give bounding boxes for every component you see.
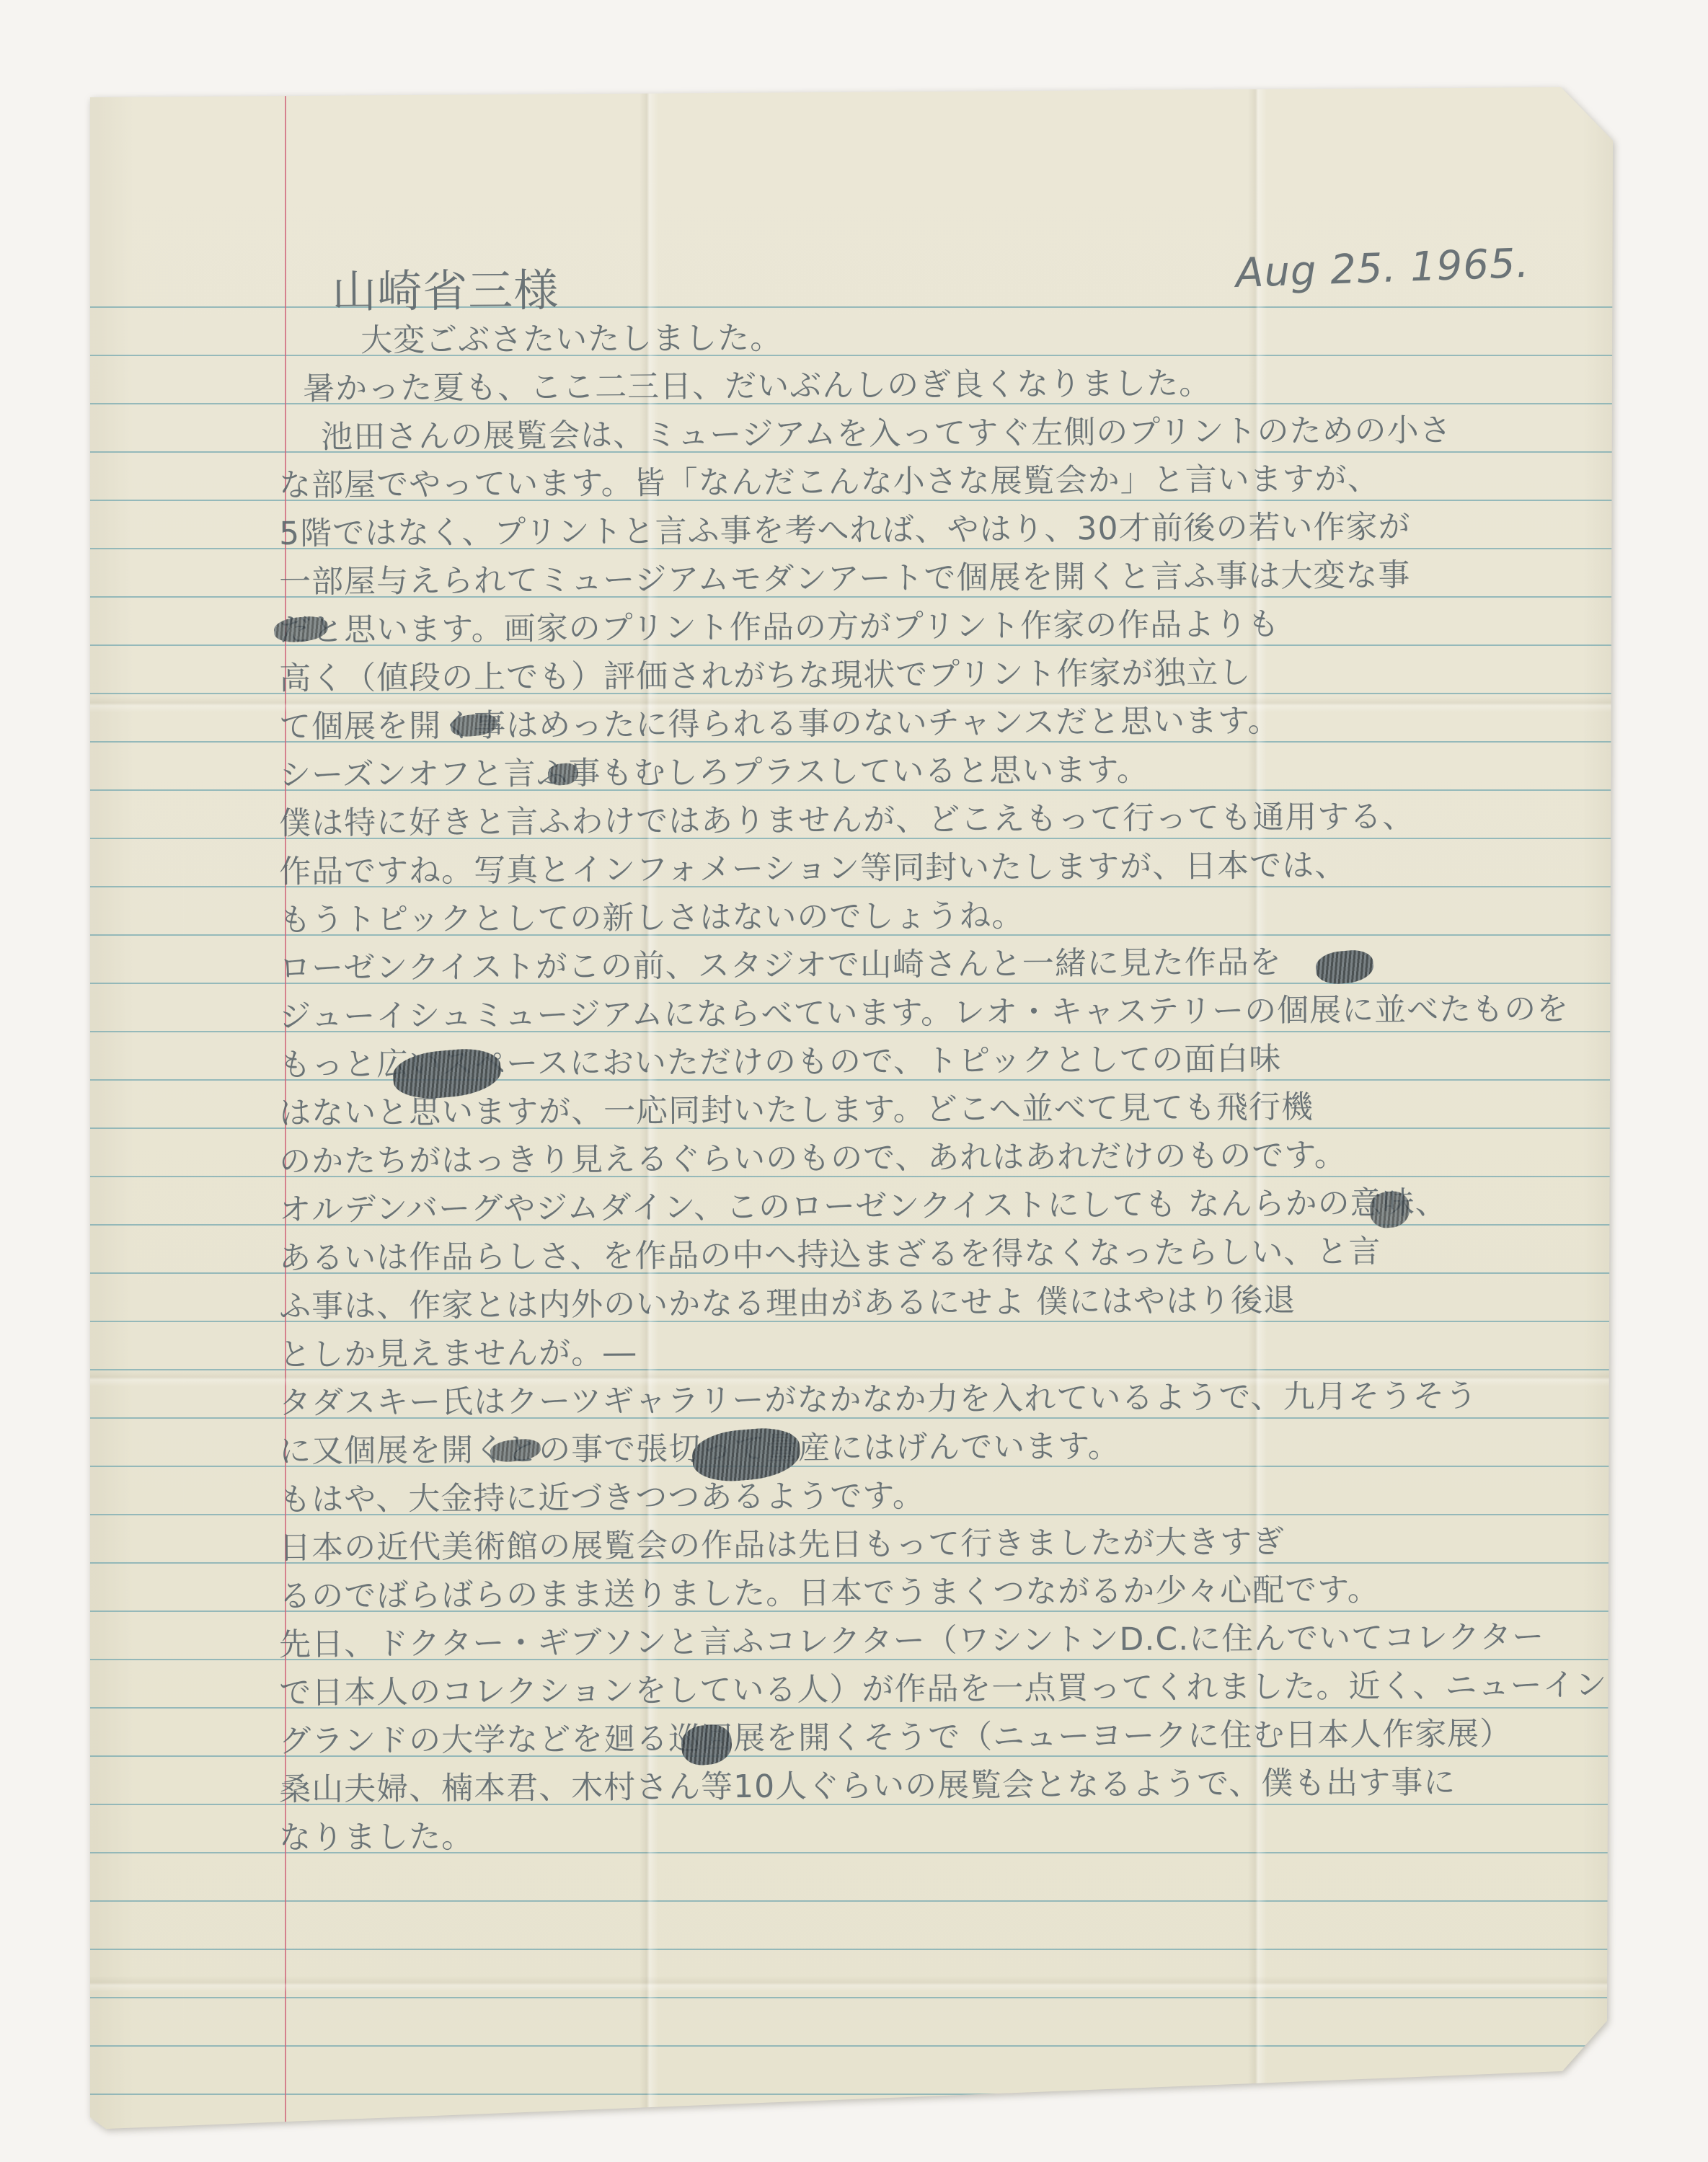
letter-line: 一部屋与えられてミュージアムモダンアートで個展を開くと言ふ事は大変な事 [279, 554, 1411, 603]
letter-line: な部屋でやっています。皆「なんだこんな小さな展覧会か」と言いますが、 [279, 458, 1380, 507]
letter-line: 高く（値段の上でも）評価されがちな現状でプリント作家が独立し [279, 652, 1252, 700]
letter-line: ジューイシュミュージアムにならべています。レオ・キャステリーの個展に並べたものを [279, 988, 1569, 1038]
letter-line: タダスキー氏はクーツギャラリーがなかなか力を入れているようで、九月そうそう [279, 1375, 1478, 1425]
letter-line: ふ事は、作家とは内外のいかなる理由があるにせよ 僕にはやはり後退 [279, 1280, 1296, 1328]
letter-paper: 山崎省三様 Aug 25. 1965. 大変ごぶさたいたしました。暑かった夏も、… [90, 87, 1619, 2130]
letter-line: 日本の近代美術館の展覧会の作品は先日もって行きましたが大きすぎ [279, 1521, 1285, 1569]
letter-line: 先日、ドクター・ギブソンと言ふコレクター（ワシントンD.C.に住んでいてコレクタ… [279, 1616, 1545, 1666]
letter-line: 僕は特に好きと言ふわけではありませんが、どこえもって行っても通用する、 [279, 796, 1415, 845]
letter-line: で日本人のコレクションをしている人）が作品を一点買ってくれました。近く、ニューイ… [279, 1665, 1608, 1714]
letter-line: としか見えませんが。― [279, 1332, 636, 1376]
letter-line: 池田さんの展覧会は、ミュージアムを入ってすぐ左側のプリントのための小さ [321, 409, 1452, 458]
letter-line: だと思います。画家のプリント作品の方がプリント作家の作品よりも [279, 604, 1280, 652]
letter-line: るのでばらばらのまま送りました。日本でうまくつながるか少々心配です。 [279, 1569, 1380, 1618]
letter-line: のかたちがはっきり見えるぐらいのもので、あれはあれだけのものです。 [279, 1135, 1347, 1183]
letter-line: なりました。 [279, 1816, 474, 1859]
letter-date: Aug 25. 1965. [1235, 240, 1530, 297]
letter-line: あるいは作品らしさ、を作品の中へ持込まざるを得なくなったらしい、と言 [279, 1231, 1381, 1280]
letter-paper-wrap: 山崎省三様 Aug 25. 1965. 大変ごぶさたいたしました。暑かった夏も、… [90, 87, 1619, 2130]
letter-line: ローゼンクイストがこの前、スタジオで山崎さんと一緒に見た作品を [279, 942, 1282, 990]
letter-line: 暑かった夏も、ここ二三日、だいぶんしのぎ良くなりました。 [303, 363, 1211, 410]
letter-line: もはや、大金持に近づきつつあるようです。 [279, 1476, 925, 1521]
letter-line: て個展を開く事はめったに得られる事のないチャンスだと思います。 [279, 701, 1280, 748]
letter-line: 作品ですね。写真とインフォメーション等同封いたしますが、日本では、 [279, 845, 1347, 893]
letter-line: グランドの大学などを廻る巡回展を開くそうで（ニューヨークに住む日本人作家展） [279, 1714, 1512, 1763]
letter-line: 5階ではなく、プリントと言ふ事を考へれば、やはり、30才前後の若い作家が [279, 506, 1411, 555]
letter-line: もうトピックとしての新しさはないのでしょうね。 [279, 895, 1025, 942]
letter-line: オルデンバーグやジムダイン、このローゼンクイストにしても なんらかの意味、 [279, 1182, 1448, 1231]
letter-line: シーズンオフと言ふ事もむしろプラスしていると思います。 [279, 750, 1149, 797]
letter-line: 大変ごぶさたいたしました。 [360, 317, 782, 362]
scan-background: 山崎省三様 Aug 25. 1965. 大変ごぶさたいたしました。暑かった夏も、… [0, 0, 1708, 2162]
letter-line: 桑山夫婦、楠本君、木村さん等10人ぐらいの展覧会となるようで、僕も出す事に [279, 1762, 1456, 1811]
recipient-name: 山崎省三様 [332, 254, 559, 320]
